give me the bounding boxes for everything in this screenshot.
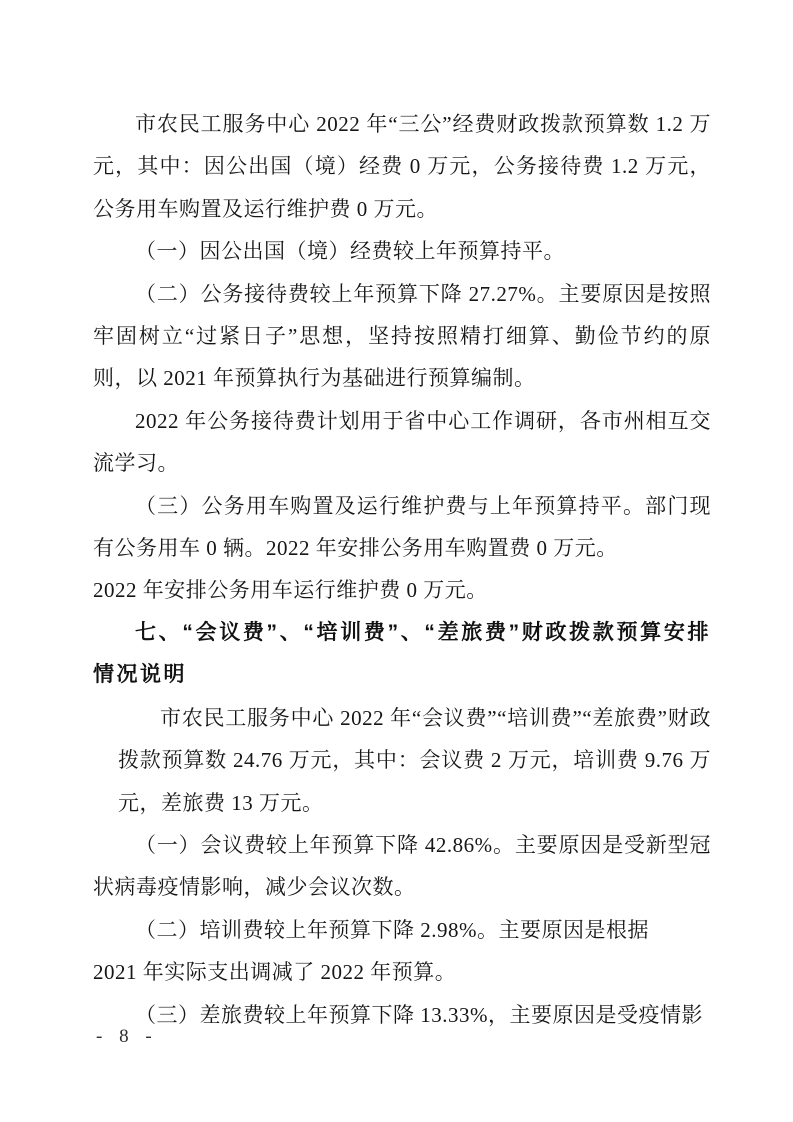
paragraph-training-fee-continued: 2021 年实际支出调减了 2022 年预算。 [93, 951, 711, 993]
section-heading-seven: 七、“会议费”、“培训费”、“差旅费”财政拨款预算安排情况说明 [93, 612, 711, 697]
page-number: - 8 - [96, 1026, 158, 1048]
paragraph-item-1-abroad: （一）因公出国（境）经费较上年预算持平。 [93, 230, 711, 272]
paragraph-item-2-training-fee: （二）培训费较上年预算下降 2.98%。主要原因是根据 [93, 909, 711, 951]
paragraph-item-1-meeting-fee: （一）会议费较上年预算下降 42.86%。主要原因是受新型冠状病毒疫情影响，减少… [93, 824, 711, 909]
paragraph-item-2-reception: （二）公务接待费较上年预算下降 27.27%。主要原因是按照牢固树立“过紧日子”… [93, 273, 711, 400]
paragraph-item-3-vehicle: （三）公务用车购置及运行维护费与上年预算持平。部门现有公务用车 0 辆。2022… [93, 485, 711, 570]
paragraph-item-3-travel-fee: （三）差旅费较上年预算下降 13.33%，主要原因是受疫情影 [93, 994, 711, 1036]
paragraph-meeting-training-travel-summary: 市农民工服务中心 2022 年“会议费”“培训费”“差旅费”财政拨款预算数 24… [118, 697, 711, 824]
document-page: 市农民工服务中心 2022 年“三公”经费财政拨款预算数 1.2 万元，其中：因… [0, 0, 793, 1122]
document-body: 市农民工服务中心 2022 年“三公”经费财政拨款预算数 1.2 万元，其中：因… [93, 103, 711, 1036]
paragraph-reception-plan: 2022 年公务接待费计划用于省中心工作调研，各市州相互交流学习。 [93, 400, 711, 485]
paragraph-vehicle-maintenance: 2022 年安排公务用车运行维护费 0 万元。 [93, 569, 711, 611]
paragraph-sangong-summary: 市农民工服务中心 2022 年“三公”经费财政拨款预算数 1.2 万元，其中：因… [93, 103, 711, 230]
